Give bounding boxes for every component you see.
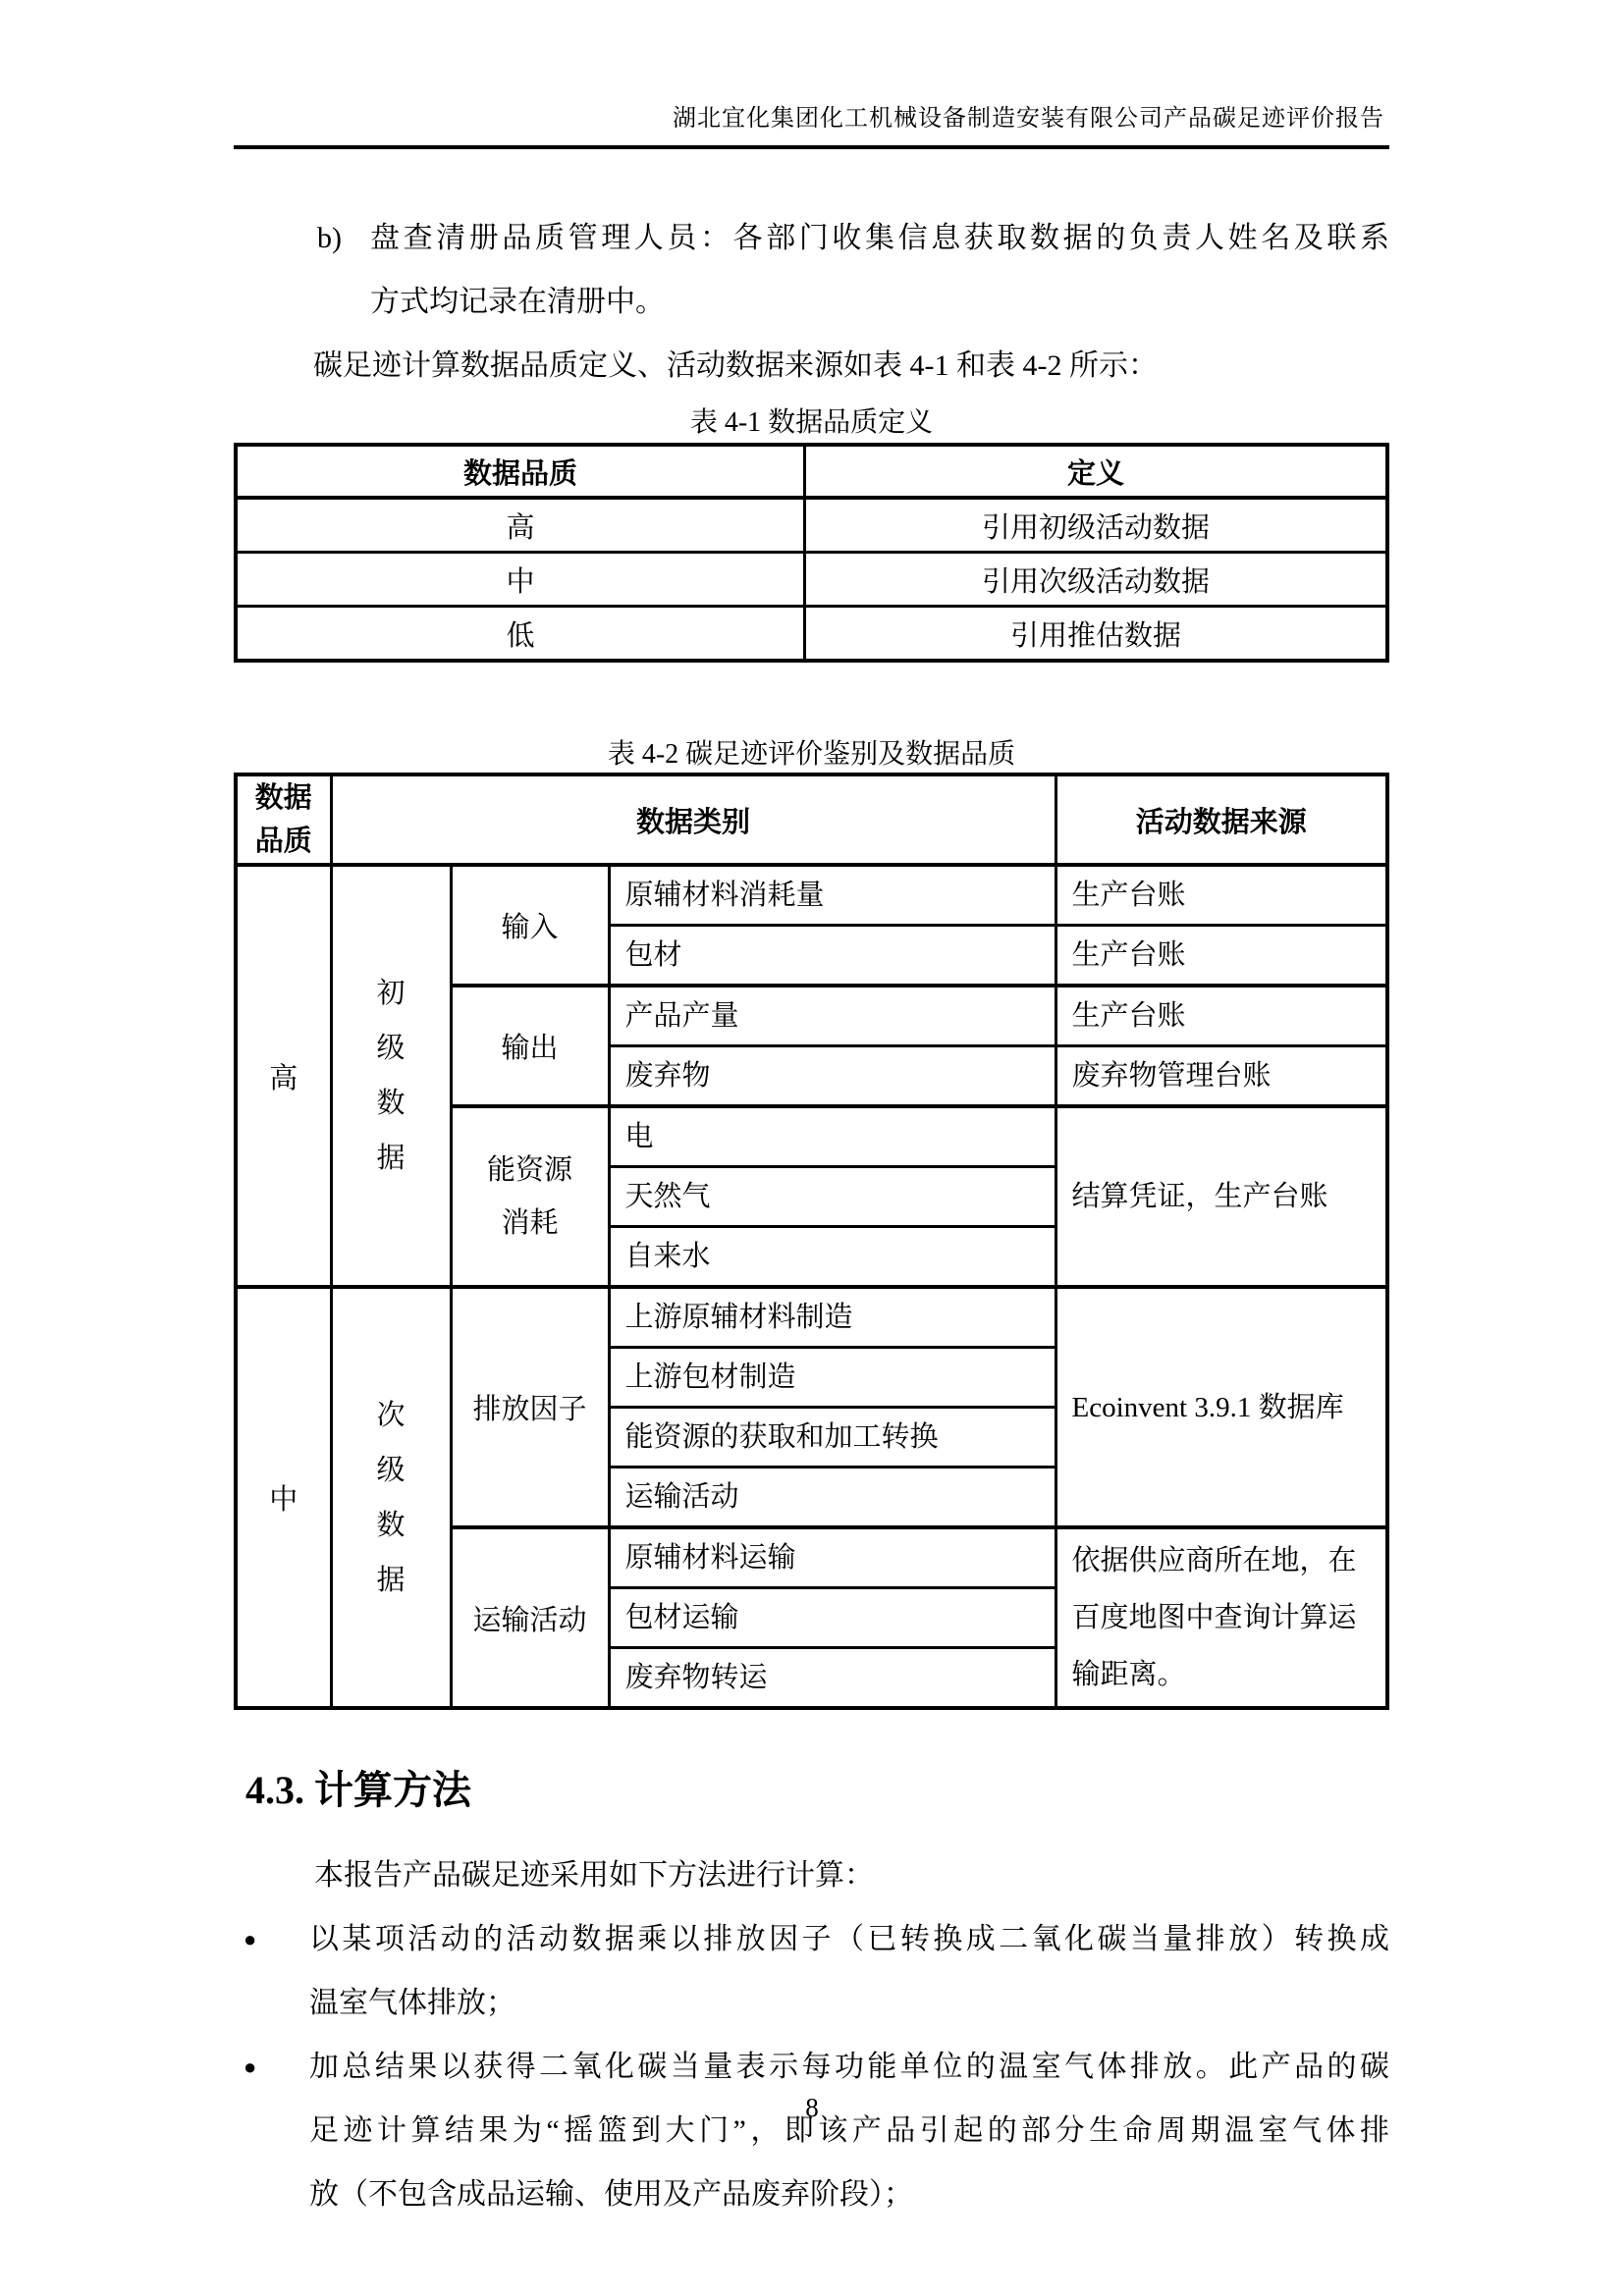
paragraph-line: 温室气体排放； — [309, 1971, 1389, 2035]
t2-cell-quality-medium: 中 — [236, 1287, 331, 1708]
t2-cell-subgroup-output: 输出 — [451, 986, 609, 1106]
t2-cell-item: 天然气 — [609, 1167, 1056, 1227]
t2-cell-item: 原辅材料消耗量 — [609, 865, 1056, 926]
t2-cell-item: 包材 — [609, 926, 1056, 987]
paragraph-line: 盘查清册品质管理人员：各部门收集信息获取数据的负责人姓名及联系 — [370, 206, 1389, 270]
section-intro-paragraph: 本报告产品碳足迹采用如下方法进行计算： — [234, 1843, 1389, 1907]
list-item-marker: b) — [317, 206, 370, 334]
t2-cell-item: 废弃物 — [609, 1046, 1056, 1107]
t2-cell-source-merged: 依据供应商所在地，在百度地图中查询计算运输距离。 — [1056, 1527, 1387, 1708]
section-heading: 4.3. 计算方法 — [234, 1765, 1389, 1816]
table-row: 数据品质 数据类别 活动数据来源 — [236, 774, 1387, 865]
wrapped-label: 能资源消耗 — [482, 1144, 578, 1250]
t2-cell-item: 上游原辅材料制造 — [609, 1287, 1056, 1348]
t1-cell-quality: 低 — [236, 607, 804, 662]
t2-header-quality: 数据品质 — [236, 774, 331, 865]
t1-cell-definition: 引用初级活动数据 — [804, 498, 1387, 553]
t2-cell-group-secondary: 次级数据 — [331, 1287, 451, 1708]
bullet-item: ● 加总结果以获得二氧化碳当量表示每功能单位的温室气体排放。此产品的碳 足迹计算… — [234, 2035, 1389, 2226]
t2-cell-source: 废弃物管理台账 — [1056, 1046, 1387, 1107]
content-column: 湖北宜化集团化工机械设备制造安装有限公司产品碳足迹评价报告 b) 盘查清册品质管… — [234, 0, 1389, 2226]
table-4-1: 数据品质 定义 高 引用初级活动数据 中 引用次级活动数据 低 引用推估数据 — [234, 443, 1389, 663]
bullet-icon: ● — [244, 1907, 309, 2035]
t2-header-quality-text: 数据品质 — [251, 776, 316, 863]
table-row: 高 初级数据 输入 原辅材料消耗量 生产台账 — [236, 865, 1387, 926]
list-item-b: b) 盘查清册品质管理人员：各部门收集信息获取数据的负责人姓名及联系 方式均记录… — [234, 206, 1389, 334]
t2-header-category: 数据类别 — [331, 774, 1056, 865]
table-row: 中 次级数据 排放因子 上游原辅材料制造 Ecoinvent 3.9.1 数据库 — [236, 1287, 1387, 1348]
t2-cell-item: 上游包材制造 — [609, 1348, 1056, 1408]
list-item-text: 盘查清册品质管理人员：各部门收集信息获取数据的负责人姓名及联系 方式均记录在清册… — [370, 206, 1389, 334]
t2-cell-item: 废弃物转运 — [609, 1648, 1056, 1709]
table-row: 数据品质 定义 — [236, 445, 1387, 498]
t2-cell-item: 包材运输 — [609, 1588, 1056, 1648]
paragraph-line: 方式均记录在清册中。 — [370, 270, 1389, 334]
t2-cell-subgroup-energy: 能资源消耗 — [451, 1106, 609, 1287]
table2-caption: 表 4-2 碳足迹评价鉴别及数据品质 — [234, 737, 1389, 773]
table-row: 中 引用次级活动数据 — [236, 553, 1387, 607]
t2-cell-source: 生产台账 — [1056, 865, 1387, 926]
table-4-2: 数据品质 数据类别 活动数据来源 高 初级数据 输入 原辅材料消耗量 生产台账 … — [234, 773, 1389, 1710]
t2-cell-quality-high: 高 — [236, 865, 331, 1287]
t2-cell-source: 生产台账 — [1056, 926, 1387, 987]
bullet-text: 以某项活动的活动数据乘以排放因子（已转换成二氧化碳当量排放）转换成 温室气体排放… — [309, 1907, 1389, 2035]
t2-cell-item: 电 — [609, 1106, 1056, 1167]
t2-cell-item: 原辅材料运输 — [609, 1527, 1056, 1588]
document-page: 湖北宜化集团化工机械设备制造安装有限公司产品碳足迹评价报告 b) 盘查清册品质管… — [0, 0, 1624, 2296]
page-number: 8 — [0, 2093, 1624, 2123]
t2-cell-source-merged: 结算凭证，生产台账 — [1056, 1106, 1387, 1287]
t2-cell-item: 产品产量 — [609, 986, 1056, 1046]
vertical-label: 初级数据 — [373, 966, 408, 1186]
t2-cell-source-merged: Ecoinvent 3.9.1 数据库 — [1056, 1287, 1387, 1527]
t2-cell-source: 生产台账 — [1056, 986, 1387, 1046]
t1-header-quality: 数据品质 — [236, 445, 804, 498]
vertical-label: 次级数据 — [373, 1388, 408, 1608]
t1-cell-quality: 高 — [236, 498, 804, 553]
t1-cell-definition: 引用次级活动数据 — [804, 553, 1387, 607]
t2-cell-item: 自来水 — [609, 1227, 1056, 1288]
t2-cell-item: 运输活动 — [609, 1468, 1056, 1528]
t2-cell-subgroup-emission-factor: 排放因子 — [451, 1287, 609, 1527]
t2-cell-item: 能资源的获取和加工转换 — [609, 1408, 1056, 1468]
paragraph-line: 放（不包含成品运输、使用及产品废弃阶段）； — [309, 2163, 1389, 2226]
paragraph-line: 以某项活动的活动数据乘以排放因子（已转换成二氧化碳当量排放）转换成 — [309, 1907, 1389, 1971]
t1-header-definition: 定义 — [804, 445, 1387, 498]
document-header-title: 湖北宜化集团化工机械设备制造安装有限公司产品碳足迹评价报告 — [234, 0, 1389, 149]
lead-paragraph: 碳足迹计算数据品质定义、活动数据来源如表 4-1 和表 4-2 所示： — [234, 334, 1389, 398]
t2-cell-subgroup-input: 输入 — [451, 865, 609, 986]
bullet-text: 加总结果以获得二氧化碳当量表示每功能单位的温室气体排放。此产品的碳 足迹计算结果… — [309, 2035, 1389, 2226]
table1-caption: 表 4-1 数据品质定义 — [234, 405, 1389, 441]
table-row: 高 引用初级活动数据 — [236, 498, 1387, 553]
t1-cell-quality: 中 — [236, 553, 804, 607]
paragraph-line: 加总结果以获得二氧化碳当量表示每功能单位的温室气体排放。此产品的碳 — [309, 2035, 1389, 2099]
table-row: 低 引用推估数据 — [236, 607, 1387, 662]
t2-cell-group-primary: 初级数据 — [331, 865, 451, 1287]
bullet-icon: ● — [244, 2035, 309, 2226]
bullet-item: ● 以某项活动的活动数据乘以排放因子（已转换成二氧化碳当量排放）转换成 温室气体… — [234, 1907, 1389, 2035]
t1-cell-definition: 引用推估数据 — [804, 607, 1387, 662]
t2-header-source: 活动数据来源 — [1056, 774, 1387, 865]
t2-cell-subgroup-transport: 运输活动 — [451, 1527, 609, 1708]
